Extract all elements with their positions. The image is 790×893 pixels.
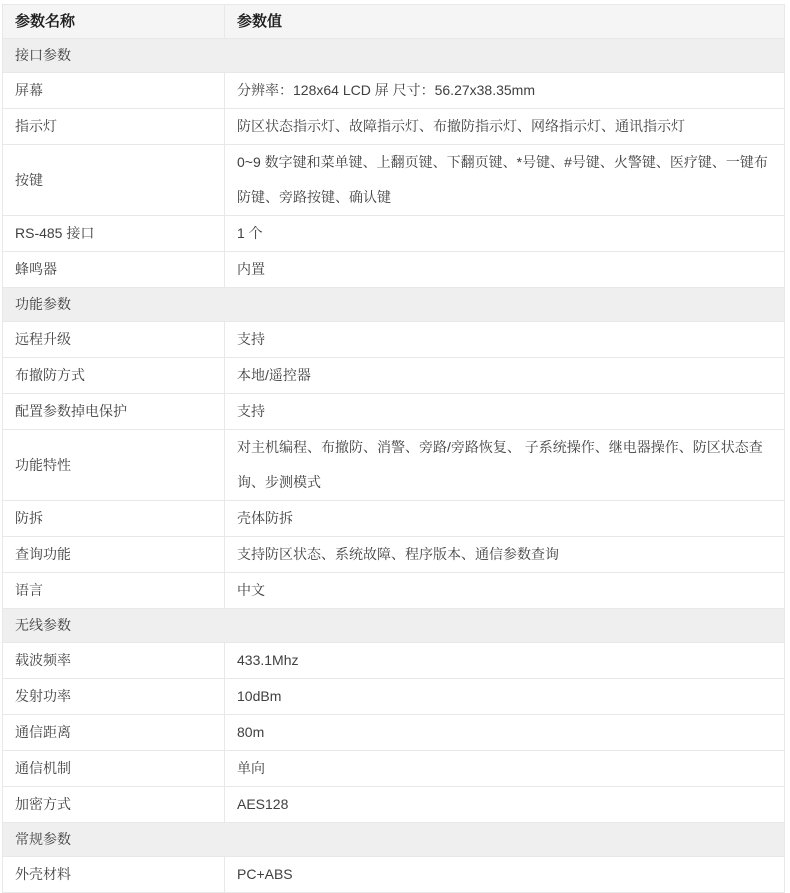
table-row: 远程升级支持 xyxy=(3,322,785,358)
table-row: 语言中文 xyxy=(3,573,785,609)
param-name-cell: 蜂鸣器 xyxy=(3,252,225,288)
section-title: 接口参数 xyxy=(3,39,785,73)
table-row: 配置参数掉电保护支持 xyxy=(3,394,785,430)
param-name-cell: RS-485 接口 xyxy=(3,216,225,252)
section-row: 接口参数 xyxy=(3,39,785,73)
param-name-cell: 布撤防方式 xyxy=(3,358,225,394)
table-row: 通信机制单向 xyxy=(3,751,785,787)
table-row: 屏幕分辨率：128x64 LCD 屏 尺寸：56.27x38.35mm xyxy=(3,73,785,109)
section-row: 功能参数 xyxy=(3,288,785,322)
param-value-cell: 80m xyxy=(225,715,785,751)
table-row: 指示灯防区状态指示灯、故障指示灯、布撤防指示灯、网络指示灯、通讯指示灯 xyxy=(3,109,785,145)
param-value-cell: 支持 xyxy=(225,394,785,430)
table-row: 载波频率433.1Mhz xyxy=(3,643,785,679)
param-value-cell: 中文 xyxy=(225,573,785,609)
param-name-cell: 配置参数掉电保护 xyxy=(3,394,225,430)
header-row: 参数名称 参数值 xyxy=(3,5,785,39)
table-row: 外壳材料PC+ABS xyxy=(3,857,785,893)
param-name-cell: 查询功能 xyxy=(3,537,225,573)
param-name-cell: 通信机制 xyxy=(3,751,225,787)
table-row: 功能特性对主机编程、布撤防、消警、旁路/旁路恢复、 子系统操作、继电器操作、防区… xyxy=(3,430,785,501)
param-value-cell: 10dBm xyxy=(225,679,785,715)
param-name-cell: 屏幕 xyxy=(3,73,225,109)
column-header-param-name: 参数名称 xyxy=(3,5,225,39)
param-value-cell: 内置 xyxy=(225,252,785,288)
table-row: 布撤防方式本地/遥控器 xyxy=(3,358,785,394)
table-row: 按键0~9 数字键和菜单键、上翻页键、下翻页键、*号键、#号键、火警键、医疗键、… xyxy=(3,145,785,216)
param-value-cell: 1 个 xyxy=(225,216,785,252)
param-value-cell: 对主机编程、布撤防、消警、旁路/旁路恢复、 子系统操作、继电器操作、防区状态查询… xyxy=(225,430,785,501)
param-value-cell: AES128 xyxy=(225,787,785,823)
param-value-cell: 433.1Mhz xyxy=(225,643,785,679)
param-name-cell: 远程升级 xyxy=(3,322,225,358)
table-row: 加密方式AES128 xyxy=(3,787,785,823)
section-row: 常规参数 xyxy=(3,823,785,857)
param-value-cell: 分辨率：128x64 LCD 屏 尺寸：56.27x38.35mm xyxy=(225,73,785,109)
param-name-cell: 发射功率 xyxy=(3,679,225,715)
param-name-cell: 功能特性 xyxy=(3,430,225,501)
spec-page: 参数名称 参数值 接口参数屏幕分辨率：128x64 LCD 屏 尺寸：56.27… xyxy=(0,0,790,880)
param-name-cell: 防拆 xyxy=(3,501,225,537)
param-name-cell: 载波频率 xyxy=(3,643,225,679)
param-value-cell: 支持 xyxy=(225,322,785,358)
param-value-cell: 防区状态指示灯、故障指示灯、布撤防指示灯、网络指示灯、通讯指示灯 xyxy=(225,109,785,145)
spec-table-body: 接口参数屏幕分辨率：128x64 LCD 屏 尺寸：56.27x38.35mm指… xyxy=(3,39,785,893)
table-row: RS-485 接口1 个 xyxy=(3,216,785,252)
param-value-cell: 0~9 数字键和菜单键、上翻页键、下翻页键、*号键、#号键、火警键、医疗键、一键… xyxy=(225,145,785,216)
param-value-cell: 本地/遥控器 xyxy=(225,358,785,394)
table-row: 防拆壳体防拆 xyxy=(3,501,785,537)
spec-table: 参数名称 参数值 接口参数屏幕分辨率：128x64 LCD 屏 尺寸：56.27… xyxy=(2,4,785,893)
table-row: 发射功率10dBm xyxy=(3,679,785,715)
param-name-cell: 通信距离 xyxy=(3,715,225,751)
param-name-cell: 加密方式 xyxy=(3,787,225,823)
param-name-cell: 语言 xyxy=(3,573,225,609)
section-title: 功能参数 xyxy=(3,288,785,322)
section-row: 无线参数 xyxy=(3,609,785,643)
param-value-cell: 壳体防拆 xyxy=(225,501,785,537)
column-header-param-value: 参数值 xyxy=(225,5,785,39)
spec-table-header: 参数名称 参数值 xyxy=(3,5,785,39)
table-row: 查询功能支持防区状态、系统故障、程序版本、通信参数查询 xyxy=(3,537,785,573)
section-title: 常规参数 xyxy=(3,823,785,857)
param-name-cell: 按键 xyxy=(3,145,225,216)
table-row: 蜂鸣器内置 xyxy=(3,252,785,288)
table-row: 通信距离80m xyxy=(3,715,785,751)
param-value-cell: 单向 xyxy=(225,751,785,787)
param-name-cell: 指示灯 xyxy=(3,109,225,145)
param-value-cell: 支持防区状态、系统故障、程序版本、通信参数查询 xyxy=(225,537,785,573)
param-value-cell: PC+ABS xyxy=(225,857,785,893)
param-name-cell: 外壳材料 xyxy=(3,857,225,893)
section-title: 无线参数 xyxy=(3,609,785,643)
